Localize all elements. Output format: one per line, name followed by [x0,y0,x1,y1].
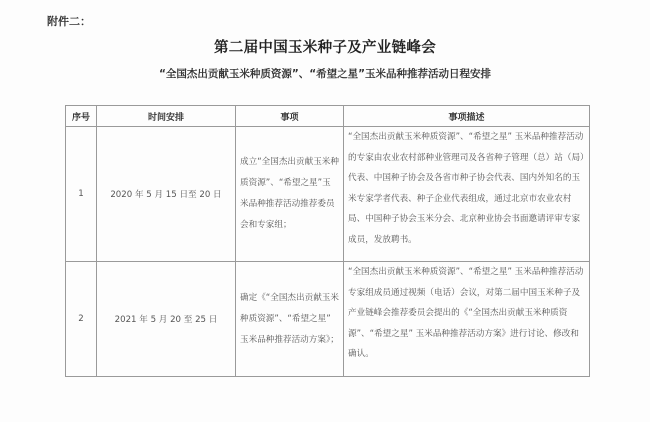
header-time: 时间安排 [97,106,236,127]
header-no: 序号 [66,106,97,127]
header-description: 事项描述 [344,106,590,127]
table-row: 2 2021 年 5 月 20 至 25 日 确定《“全国杰出贡献玉米种质资源”… [66,262,590,377]
table-row: 1 2020 年 5 月 15 日至 20 日 成立“全国杰出贡献玉米种质资源”… [66,127,590,262]
document-subtitle: “全国杰出贡献玉米种质资源”、“希望之星”玉米品种推荐活动日程安排 [0,66,650,81]
row-no: 1 [66,127,97,262]
row-item: 确定《“全国杰出贡献玉米种质资源”、“希望之星” 玉米品种推荐活动方案》； [236,262,344,377]
row-time: 2020 年 5 月 15 日至 20 日 [97,127,236,262]
header-item: 事项 [236,106,344,127]
row-description: “全国杰出贡献玉米种质资源”、“希望之星” 玉米品种推荐活动专家组成员通过视频（… [344,262,590,377]
attachment-label: 附件二： [47,13,91,29]
schedule-table: 序号 时间安排 事项 事项描述 1 2020 年 5 月 15 日至 20 日 … [65,105,590,377]
table-header-row: 序号 时间安排 事项 事项描述 [66,106,590,127]
row-time: 2021 年 5 月 20 至 25 日 [97,262,236,377]
row-item: 成立“全国杰出贡献玉米种质资源”、“希望之星”玉米品种推荐活动推荐委员会和专家组… [236,127,344,262]
row-no: 2 [66,262,97,377]
row-description: “全国杰出贡献玉米种质资源”、“希望之星” 玉米品种推荐活动的专家由农业农村部种… [344,127,590,262]
document-title: 第二届中国玉米种子及产业链峰会 [0,36,650,57]
